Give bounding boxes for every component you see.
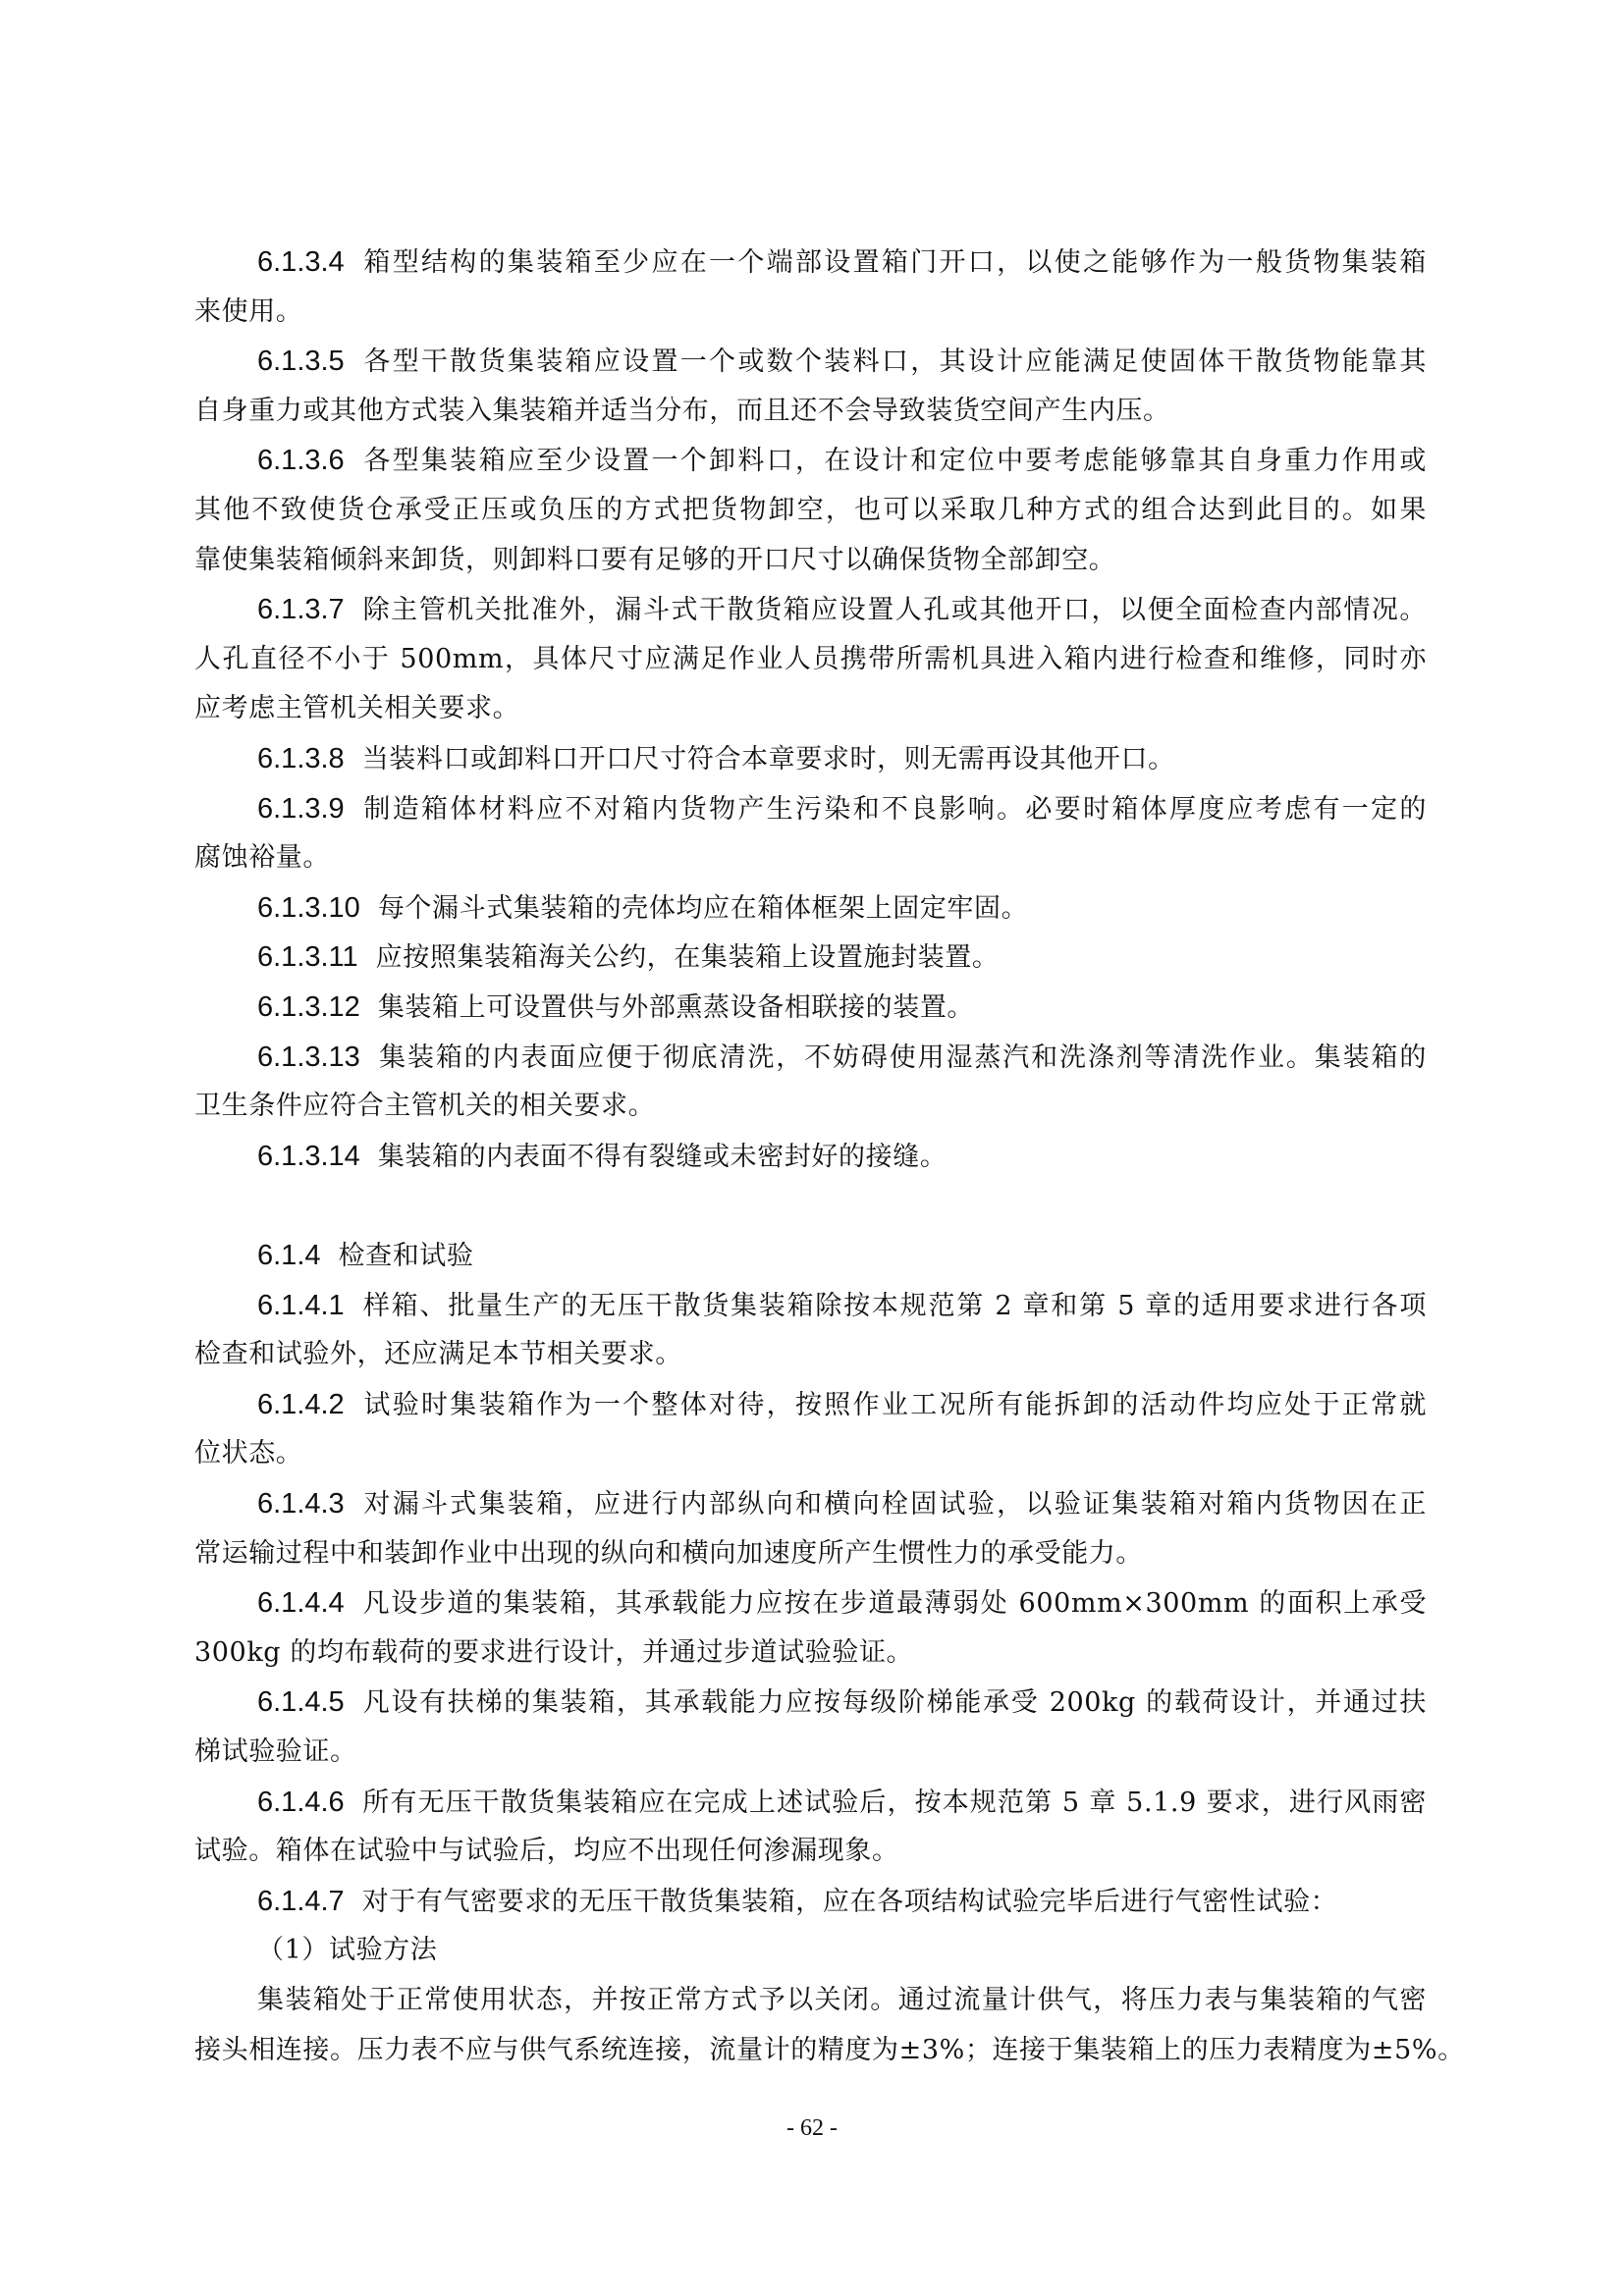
clause-6-1-3-14: 6.1.3.14集装箱的内表面不得有裂缝或未密封好的接缝。 — [257, 1140, 1427, 1189]
paragraph-text: 接头相连接。压力表不应与供气系统连接，流量计的精度为±3%；连接于集装箱上的压力… — [194, 2035, 1465, 2065]
clause-number: 6.1.3.5 — [257, 346, 345, 377]
clause-text: 梯试验验证。 — [194, 1736, 357, 1767]
test-method-paragraph-line-1: 集装箱处于正常使用状态，并按正常方式予以关闭。通过流量计供气，将压力表与集装箱的… — [257, 1984, 1427, 2033]
clause-number: 6.1.3.4 — [257, 246, 345, 278]
clause-number: 6.1.3.10 — [257, 892, 360, 924]
clause-text: 集装箱上可设置供与外部熏蒸设备相联接的装置。 — [378, 992, 974, 1023]
clause-text: 自身重力或其他方式装入集装箱并适当分布，而且还不会导致装货空间产生内压。 — [194, 396, 1170, 426]
clause-6-1-4-4-line-2: 300kg 的均布载荷的要求进行设计，并通过步道试验验证。 — [194, 1636, 1427, 1685]
clause-6-1-3-6-line-1: 6.1.3.6各型集装箱应至少设置一个卸料口，在设计和定位中要考虑能够靠其自身重… — [257, 444, 1427, 493]
paragraph-text: 集装箱处于正常使用状态，并按正常方式予以关闭。通过流量计供气，将压力表与集装箱的… — [257, 1985, 1427, 2015]
clause-number: 6.1.3.6 — [257, 445, 345, 476]
clause-text: 凡设步道的集装箱，其承载能力应按在步道最薄弱处 600mm×300mm 的面积上… — [362, 1588, 1427, 1619]
clause-6-1-4-2-line-1: 6.1.4.2试验时集装箱作为一个整体对待，按照作业工况所有能拆卸的活动件均应处… — [257, 1388, 1427, 1437]
page-number: - 62 - — [0, 2115, 1624, 2142]
clause-text: 除主管机关批准外，漏斗式干散货箱应设置人孔或其他开口，以便全面检查内部情况。 — [362, 595, 1427, 625]
clause-6-1-3-7-line-3: 应考虑主管机关相关要求。 — [194, 692, 1427, 741]
clause-6-1-3-9-line-2: 腐蚀裕量。 — [194, 841, 1427, 890]
clause-6-1-3-7-line-1: 6.1.3.7除主管机关批准外，漏斗式干散货箱应设置人孔或其他开口，以便全面检查… — [257, 593, 1427, 642]
clause-6-1-3-5-line-1: 6.1.3.5各型干散货集装箱应设置一个或数个装料口，其设计应能满足使固体干散货… — [257, 345, 1427, 394]
clause-6-1-3-9-line-1: 6.1.3.9制造箱体材料应不对箱内货物产生污染和不良影响。必要时箱体厚度应考虑… — [257, 792, 1427, 841]
clause-number: 6.1.3.7 — [257, 594, 345, 625]
clause-6-1-3-13-line-2: 卫生条件应符合主管机关的相关要求。 — [194, 1090, 1427, 1139]
clause-6-1-4-6-line-2: 试验。箱体在试验中与试验后，均应不出现任何渗漏现象。 — [194, 1835, 1427, 1884]
clause-6-1-3-13-line-1: 6.1.3.13集装箱的内表面应便于彻底清洗，不妨碍使用湿蒸汽和洗涤剂等清洗作业… — [257, 1041, 1427, 1090]
clause-number: 6.1.4.5 — [257, 1686, 345, 1718]
clause-number: 6.1.3.12 — [257, 991, 360, 1023]
clause-text: 对于有气密要求的无压干散货集装箱，应在各项结构试验完毕后进行气密性试验： — [362, 1887, 1338, 1917]
clause-text: 各型集装箱应至少设置一个卸料口，在设计和定位中要考虑能够靠其自身重力作用或 — [362, 446, 1427, 476]
clause-text: 其他不致使货仓承受正压或负压的方式把货物卸空，也可以采取几种方式的组合达到此目的… — [194, 495, 1427, 525]
clause-number: 6.1.3.8 — [257, 743, 345, 774]
clause-text: 试验。箱体在试验中与试验后，均应不出现任何渗漏现象。 — [194, 1836, 899, 1866]
clause-number: 6.1.4.4 — [257, 1587, 345, 1619]
clause-text: 应考虑主管机关相关要求。 — [194, 693, 519, 723]
section-heading-6-1-4: 6.1.4检查和试验 — [257, 1239, 1427, 1288]
clause-text: 集装箱的内表面不得有裂缝或未密封好的接缝。 — [378, 1142, 947, 1172]
clause-6-1-4-4-line-1: 6.1.4.4凡设步道的集装箱，其承载能力应按在步道最薄弱处 600mm×300… — [257, 1586, 1427, 1635]
clause-text: 凡设有扶梯的集装箱，其承载能力应按每级阶梯能承受 200kg 的载荷设计，并通过… — [362, 1687, 1427, 1718]
clause-text: 检查和试验外，还应满足本节相关要求。 — [194, 1339, 682, 1369]
clause-number: 6.1.3.9 — [257, 793, 345, 825]
clause-text: 人孔直径不小于 500mm，具体尺寸应满足作业人员携带所需机具进入箱内进行检查和… — [194, 644, 1427, 674]
clause-6-1-4-1-line-2: 检查和试验外，还应满足本节相关要求。 — [194, 1338, 1427, 1387]
clause-number: 6.1.3.14 — [257, 1141, 360, 1172]
clause-text: 应按照集装箱海关公约，在集装箱上设置施封装置。 — [376, 942, 1000, 973]
section-title: 检查和试验 — [339, 1241, 474, 1271]
clause-6-1-3-12: 6.1.3.12集装箱上可设置供与外部熏蒸设备相联接的装置。 — [257, 990, 1427, 1040]
clause-text: 来使用。 — [194, 296, 302, 327]
clause-text: 腐蚀裕量。 — [194, 842, 330, 873]
clause-text: 300kg 的均布载荷的要求进行设计，并通过步道试验验证。 — [194, 1637, 913, 1668]
clause-text: 各型干散货集装箱应设置一个或数个装料口，其设计应能满足使固体干散货物能靠其 — [362, 347, 1427, 377]
clause-text: 靠使集装箱倾斜来卸货，则卸料口要有足够的开口尺寸以确保货物全部卸空。 — [194, 545, 1115, 575]
clause-text: 卫生条件应符合主管机关的相关要求。 — [194, 1091, 655, 1121]
clause-text: 常运输过程中和装卸作业中出现的纵向和横向加速度所产生惯性力的承受能力。 — [194, 1538, 1143, 1569]
clause-6-1-4-6-line-1: 6.1.4.6所有无压干散货集装箱应在完成上述试验后，按本规范第 5 章 5.1… — [257, 1786, 1427, 1835]
clause-number: 6.1.3.13 — [257, 1041, 360, 1073]
clause-text: 试验时集装箱作为一个整体对待，按照作业工况所有能拆卸的活动件均应处于正常就 — [362, 1390, 1427, 1420]
clause-number: 6.1.4.7 — [257, 1886, 345, 1917]
clause-6-1-3-11: 6.1.3.11应按照集装箱海关公约，在集装箱上设置施封装置。 — [257, 940, 1427, 989]
clause-text: 所有无压干散货集装箱应在完成上述试验后，按本规范第 5 章 5.1.9 要求，进… — [362, 1788, 1427, 1818]
clause-number: 6.1.4.2 — [257, 1389, 345, 1420]
clause-number: 6.1.4.3 — [257, 1488, 345, 1520]
clause-text: 样箱、批量生产的无压干散货集装箱除按本规范第 2 章和第 5 章的适用要求进行各… — [362, 1291, 1427, 1321]
clause-6-1-3-4-line-1: 6.1.3.4箱型结构的集装箱至少应在一个端部设置箱门开口，以使之能够作为一般货… — [257, 245, 1427, 294]
clause-6-1-3-8: 6.1.3.8当装料口或卸料口开口尺寸符合本章要求时，则无需再设其他开口。 — [257, 742, 1427, 791]
clause-6-1-4-5-line-1: 6.1.4.5凡设有扶梯的集装箱，其承载能力应按每级阶梯能承受 200kg 的载… — [257, 1685, 1427, 1735]
clause-number: 6.1.3.11 — [257, 941, 358, 973]
clause-6-1-4-3-line-1: 6.1.4.3对漏斗式集装箱，应进行内部纵向和横向栓固试验，以验证集装箱对箱内货… — [257, 1487, 1427, 1536]
document-page: 6.1.3.4箱型结构的集装箱至少应在一个端部设置箱门开口，以使之能够作为一般货… — [0, 0, 1624, 2296]
clause-6-1-4-2-line-2: 位状态。 — [194, 1437, 1427, 1486]
clause-6-1-3-5-line-2: 自身重力或其他方式装入集装箱并适当分布，而且还不会导致装货空间产生内压。 — [194, 395, 1427, 444]
clause-6-1-3-6-line-3: 靠使集装箱倾斜来卸货，则卸料口要有足够的开口尺寸以确保货物全部卸空。 — [194, 544, 1427, 593]
clause-6-1-4-7: 6.1.4.7对于有气密要求的无压干散货集装箱，应在各项结构试验完毕后进行气密性… — [257, 1885, 1427, 1934]
clause-text: 对漏斗式集装箱，应进行内部纵向和横向栓固试验，以验证集装箱对箱内货物因在正 — [362, 1489, 1427, 1520]
clause-6-1-3-4-line-2: 来使用。 — [194, 295, 1427, 345]
clause-number: 6.1.4.6 — [257, 1787, 345, 1818]
clause-text: 当装料口或卸料口开口尺寸符合本章要求时，则无需再设其他开口。 — [362, 744, 1175, 774]
clause-text: 每个漏斗式集装箱的壳体均应在箱体框架上固定牢固。 — [378, 893, 1028, 924]
section-number: 6.1.4 — [257, 1240, 321, 1271]
clause-number: 6.1.4.1 — [257, 1290, 345, 1321]
clause-text: 集装箱的内表面应便于彻底清洗，不妨碍使用湿蒸汽和洗涤剂等清洗作业。集装箱的 — [378, 1042, 1427, 1073]
clause-text: 制造箱体材料应不对箱内货物产生污染和不良影响。必要时箱体厚度应考虑有一定的 — [362, 794, 1427, 825]
test-method-paragraph-line-2: 接头相连接。压力表不应与供气系统连接，流量计的精度为±3%；连接于集装箱上的压力… — [194, 2034, 1451, 2083]
clause-6-1-4-3-line-2: 常运输过程中和装卸作业中出现的纵向和横向加速度所产生惯性力的承受能力。 — [194, 1537, 1427, 1586]
clause-text: 箱型结构的集装箱至少应在一个端部设置箱门开口，以使之能够作为一般货物集装箱 — [362, 247, 1427, 278]
clause-6-1-4-1-line-1: 6.1.4.1样箱、批量生产的无压干散货集装箱除按本规范第 2 章和第 5 章的… — [257, 1289, 1427, 1338]
subitem-test-method-heading: （1）试验方法 — [257, 1934, 1427, 1983]
clause-text: 位状态。 — [194, 1438, 302, 1468]
subitem-title: （1）试验方法 — [257, 1935, 437, 1965]
clause-6-1-3-10: 6.1.3.10每个漏斗式集装箱的壳体均应在箱体框架上固定牢固。 — [257, 891, 1427, 940]
clause-6-1-4-5-line-2: 梯试验验证。 — [194, 1735, 1427, 1785]
clause-6-1-3-7-line-2: 人孔直径不小于 500mm，具体尺寸应满足作业人员携带所需机具进入箱内进行检查和… — [194, 643, 1427, 692]
clause-6-1-3-6-line-2: 其他不致使货仓承受正压或负压的方式把货物卸空，也可以采取几种方式的组合达到此目的… — [194, 494, 1427, 543]
